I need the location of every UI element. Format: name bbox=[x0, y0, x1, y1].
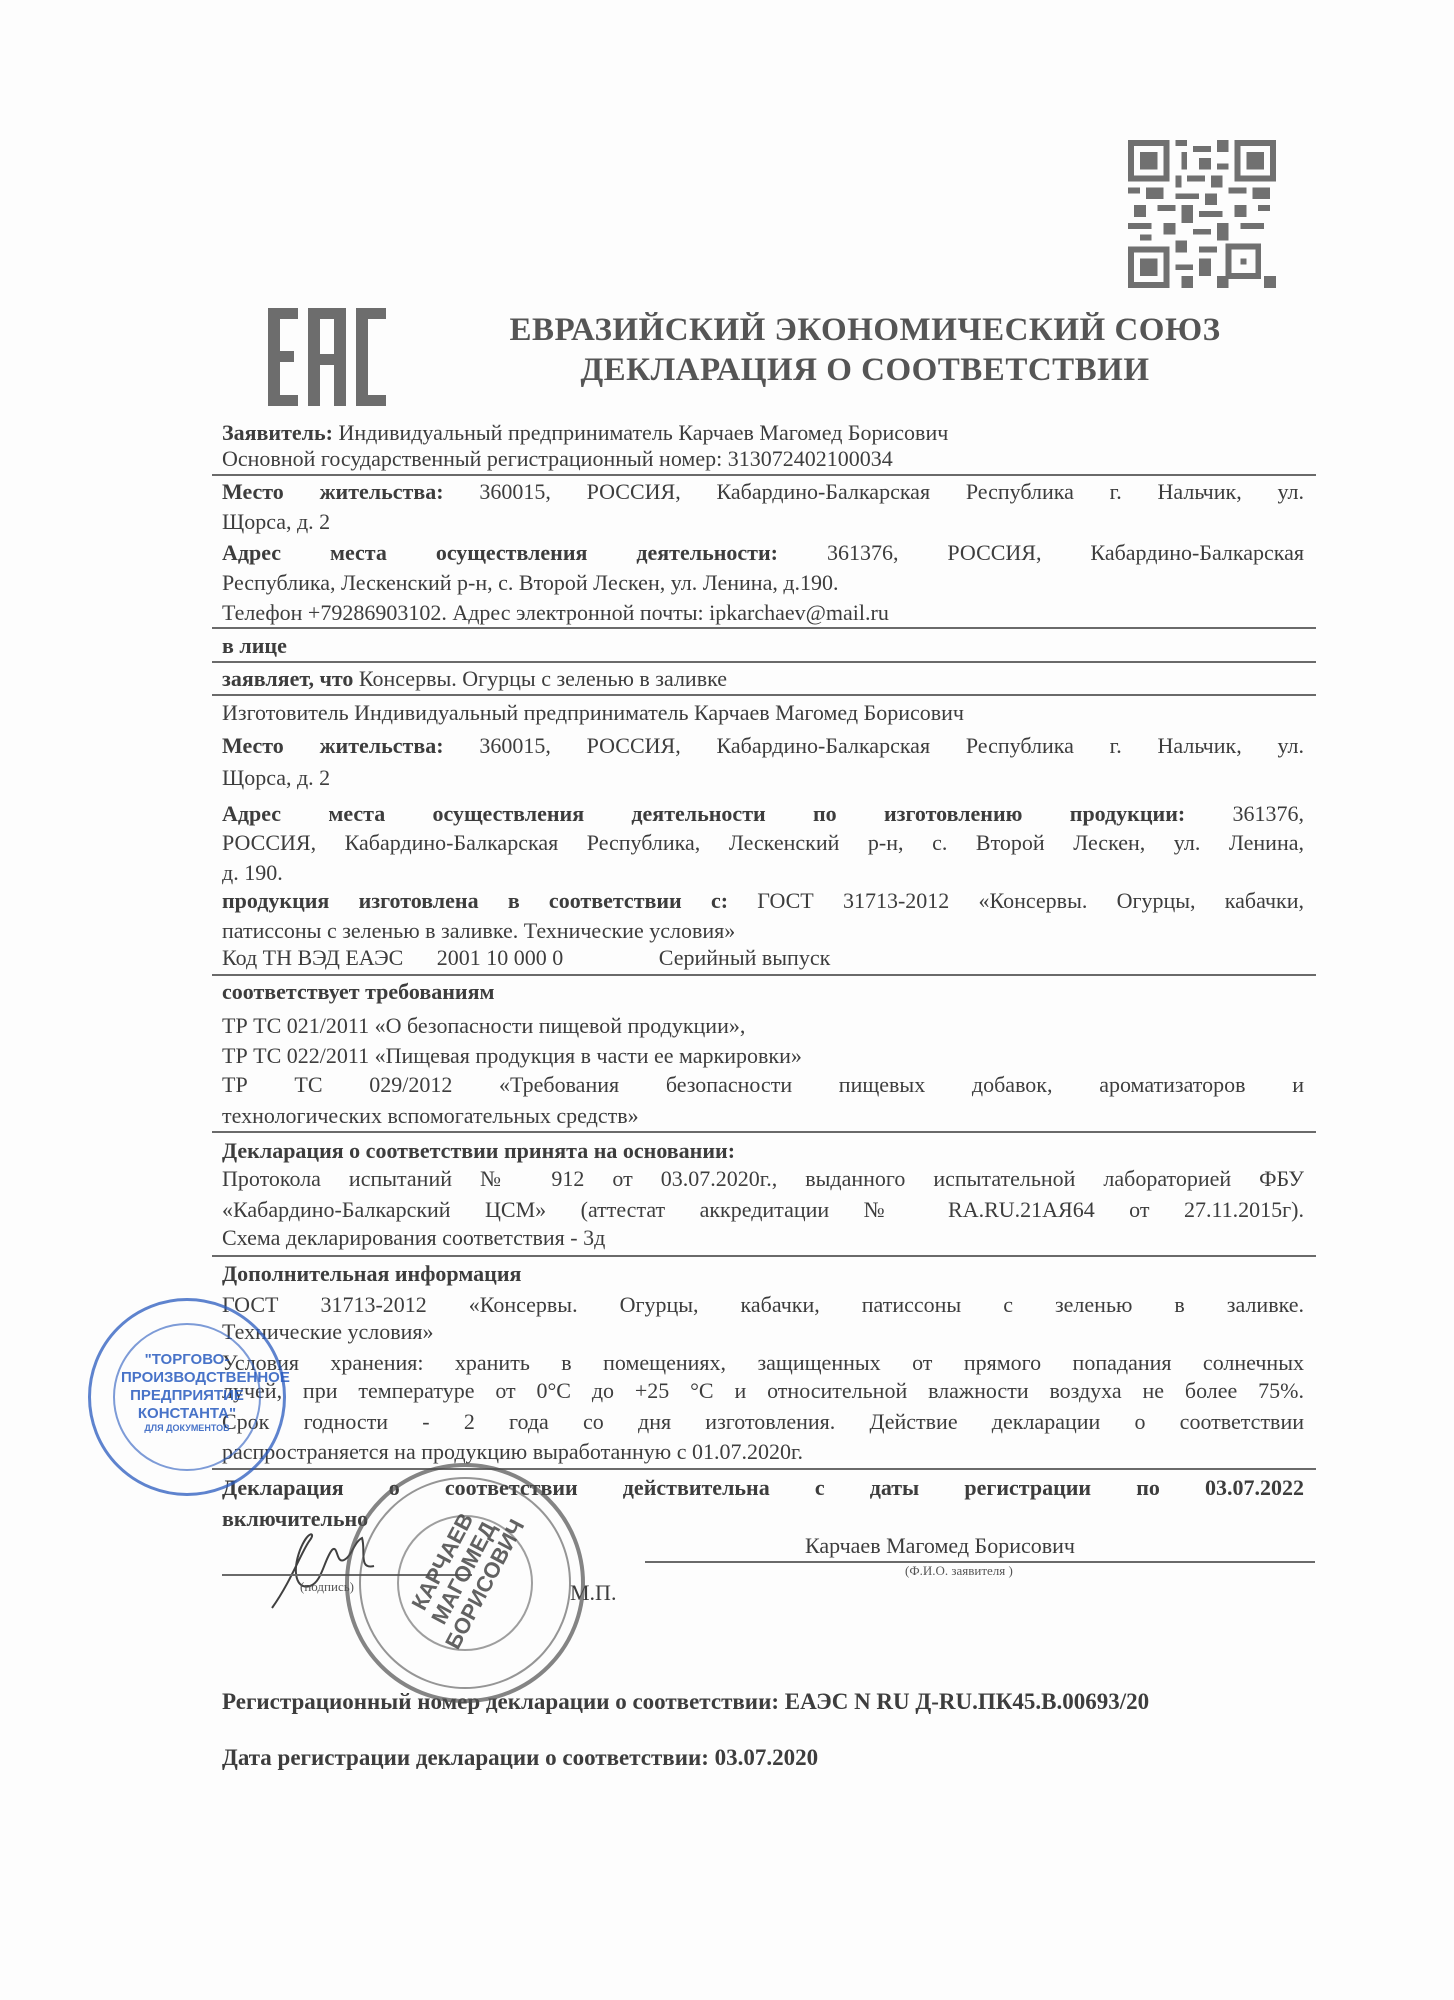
divider bbox=[212, 1255, 1316, 1257]
activity-label: Адрес места осуществления деятельности: bbox=[222, 540, 778, 565]
release-type: Серийный выпуск bbox=[659, 945, 830, 970]
manufacturer-name: Индивидуальный предприниматель Карчаев М… bbox=[354, 700, 964, 725]
declared-product: Консервы. Огурцы с зеленью в заливке bbox=[359, 666, 727, 691]
divider bbox=[212, 1131, 1316, 1133]
registration-date: 03.07.2020 bbox=[715, 1745, 819, 1770]
basis-label: Декларация о соответствии принята на осн… bbox=[222, 1138, 735, 1164]
produced-per-standard: ГОСТ 31713-2012 «Консервы. Огурцы, кабач… bbox=[757, 888, 1304, 913]
company-stamp-icon: "ТОРГОВО- ПРОИЗВОДСТВЕННОЕ ПРЕДПРИЯТИЕ К… bbox=[88, 1298, 286, 1496]
declaration-page: ЕВРАЗИЙСКИЙ ЭКОНОМИЧЕСКИЙ СОЮЗ ДЕКЛАРАЦИ… bbox=[0, 0, 1454, 2000]
registration-number-row: Регистрационный номер декларации о соотв… bbox=[222, 1689, 1149, 1715]
basis-line2: «Кабардино-Балкарский ЦСМ» (аттестат акк… bbox=[222, 1197, 1304, 1223]
stamp-text: ПРОИЗВОДСТВЕННОЕ bbox=[121, 1369, 253, 1387]
additional-line: распространяется на продукцию выработанн… bbox=[222, 1439, 803, 1465]
manufacturer-production-line2: РОССИЯ, Кабардино-Балкарская Республика,… bbox=[222, 830, 1304, 856]
stamp-text: ПРЕДПРИЯТИЕ bbox=[121, 1387, 253, 1405]
tn-ved-row: Код ТН ВЭД ЕАЭС 2001 10 000 0 Серийный в… bbox=[222, 945, 830, 971]
divider bbox=[212, 661, 1316, 663]
stamp-text: МАГОМЕД bbox=[418, 1501, 510, 1645]
applicant-full-name: Карчаев Магомед Борисович bbox=[805, 1533, 1075, 1559]
production-label: Адрес места осуществления деятельности п… bbox=[222, 801, 1185, 826]
residence-label: Место жительства: bbox=[222, 479, 444, 504]
applicant-residence-line2: Щорса, д. 2 bbox=[222, 509, 330, 535]
additional-line: лучей, при температуре от 0°С до +25 °С … bbox=[222, 1378, 1304, 1404]
divider bbox=[212, 474, 1316, 476]
divider bbox=[212, 694, 1316, 696]
manufacturer-production-line3: д. 190. bbox=[222, 860, 283, 886]
stamp-text: ДЛЯ ДОКУМЕНТОВ bbox=[121, 1423, 253, 1434]
applicant-ogrn: Основной государственный регистрационный… bbox=[222, 446, 893, 472]
entrepreneur-seal-icon: КАРЧАЕВ МАГОМЕД БОРИСОВИЧ bbox=[345, 1463, 585, 1703]
stamp-text: КОНСТАНТА" bbox=[121, 1405, 253, 1423]
residence-value: 360015, РОССИЯ, Кабардино-Балкарская Рес… bbox=[479, 733, 1304, 758]
manufacturer-production-line1: Адрес места осуществления деятельности п… bbox=[222, 801, 1304, 827]
additional-label: Дополнительная информация bbox=[222, 1261, 521, 1287]
name-caption: (Ф.И.О. заявителя ) bbox=[905, 1564, 1013, 1578]
produced-per-line2: патиссоны с зеленью в заливке. Техническ… bbox=[222, 918, 735, 944]
manufacturer-residence-line1: Место жительства: 360015, РОССИЯ, Кабард… bbox=[222, 733, 1304, 759]
eac-logo-icon bbox=[268, 308, 386, 406]
stamp-text: КАРЧАЕВ bbox=[397, 1490, 489, 1634]
divider bbox=[212, 1468, 1316, 1470]
registration-date-row: Дата регистрации декларации о соответств… bbox=[222, 1745, 818, 1771]
requirement-item: технологических вспомогательных средств» bbox=[222, 1103, 639, 1129]
applicant-activity-line2: Республика, Лескенский р-н, с. Второй Ле… bbox=[222, 570, 839, 596]
stamp-text: БОРИСОВИЧ bbox=[439, 1512, 531, 1656]
applicant-activity-line1: Адрес места осуществления деятельности: … bbox=[222, 540, 1304, 566]
title-declaration: ДЕКЛАРАЦИЯ О СООТВЕТСТВИИ bbox=[470, 350, 1260, 390]
basis-scheme: Схема декларирования соответствия - 3д bbox=[222, 1225, 605, 1251]
registration-date-label: Дата регистрации декларации о соответств… bbox=[222, 1745, 709, 1770]
divider bbox=[212, 627, 1316, 629]
production-value: 361376, bbox=[1233, 801, 1305, 826]
residence-value: 360015, РОССИЯ, Кабардино-Балкарская Рес… bbox=[479, 479, 1304, 504]
stamp-text: "ТОРГОВО- bbox=[121, 1351, 253, 1369]
requirement-item: ТР ТС 021/2011 «О безопасности пищевой п… bbox=[222, 1013, 745, 1039]
declares-row: заявляет, что Консервы. Огурцы с зеленью… bbox=[222, 666, 727, 692]
additional-line: Срок годности - 2 года со дня изготовлен… bbox=[222, 1409, 1304, 1435]
applicant-name: Индивидуальный предприниматель Карчаев М… bbox=[338, 420, 948, 445]
applicant-contacts: Телефон +79286903102. Адрес электронной … bbox=[222, 600, 889, 626]
applicant-residence-line1: Место жительства: 360015, РОССИЯ, Кабард… bbox=[222, 479, 1304, 505]
applicant-label: Заявитель: bbox=[222, 420, 333, 445]
qr-code-icon bbox=[1126, 140, 1278, 288]
produced-per-line1: продукция изготовлена в соответствии с: … bbox=[222, 888, 1304, 914]
tn-ved-label: Код ТН ВЭД ЕАЭС bbox=[222, 945, 403, 970]
registration-number: ЕАЭС N RU Д-RU.ПК45.В.00693/20 bbox=[785, 1689, 1149, 1714]
applicant-row: Заявитель: Индивидуальный предпринимател… bbox=[222, 420, 948, 446]
manufacturer-row: Изготовитель Индивидуальный предпринимат… bbox=[222, 700, 964, 726]
requirement-item: ТР ТС 022/2011 «Пищевая продукция в част… bbox=[222, 1043, 802, 1069]
produced-per-label: продукция изготовлена в соответствии с: bbox=[222, 888, 728, 913]
activity-value: 361376, РОССИЯ, Кабардино-Балкарская bbox=[827, 540, 1304, 565]
manufacturer-residence-line2: Щорса, д. 2 bbox=[222, 765, 330, 791]
additional-line: ГОСТ 31713-2012 «Консервы. Огурцы, кабач… bbox=[222, 1292, 1304, 1318]
tn-ved-code: 2001 10 000 0 bbox=[437, 945, 564, 970]
in-person-label: в лице bbox=[222, 633, 287, 659]
additional-line: Условия хранения: хранить в помещениях, … bbox=[222, 1350, 1304, 1376]
requirement-item: ТР ТС 029/2012 «Требования безопасности … bbox=[222, 1072, 1304, 1098]
divider bbox=[212, 974, 1316, 976]
manufacturer-label: Изготовитель bbox=[222, 700, 349, 725]
title-union: ЕВРАЗИЙСКИЙ ЭКОНОМИЧЕСКИЙ СОЮЗ bbox=[470, 310, 1260, 350]
declares-label: заявляет, что bbox=[222, 666, 353, 691]
requirements-label: соответствует требованиям bbox=[222, 979, 494, 1005]
basis-line1: Протокола испытаний № 912 от 03.07.2020г… bbox=[222, 1166, 1304, 1192]
residence-label: Место жительства: bbox=[222, 733, 444, 758]
